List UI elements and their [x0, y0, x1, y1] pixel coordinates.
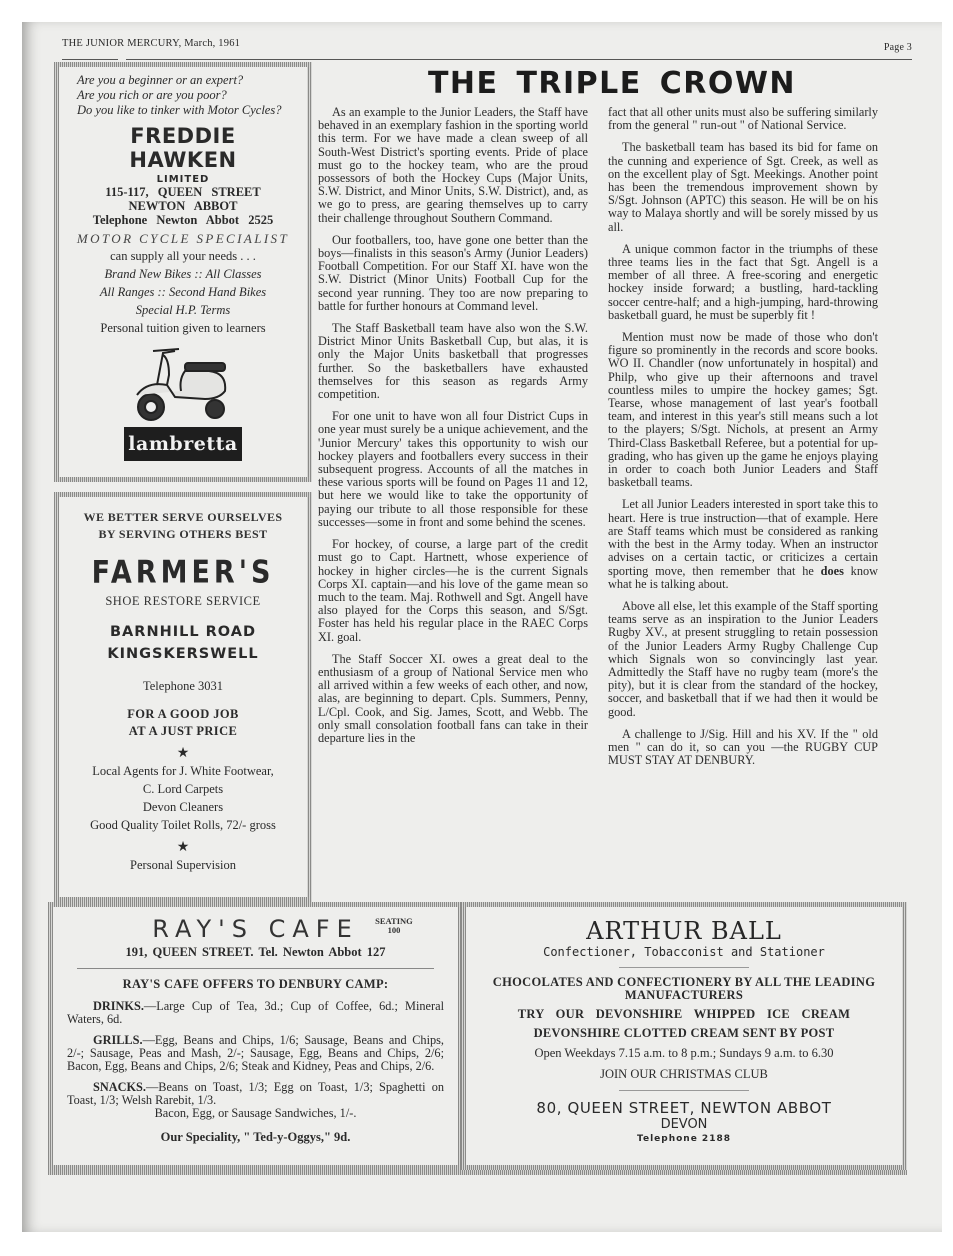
ad-arthur-ball: ARTHUR BALL Confectioner, Tobacconist an…	[461, 902, 907, 1170]
ad-freddie-hawken: Are you a beginner or an expert? Are you…	[54, 62, 312, 482]
speciality-line: Our Speciality, " Ted-y-Oggys," 9d.	[67, 1130, 444, 1145]
article-paragraph: Our footballers, too, have gone one bett…	[318, 234, 588, 313]
article-paragraph: For hockey, of course, a large part of t…	[318, 538, 588, 644]
emphasis: does	[821, 564, 844, 578]
business-name: RAY'S CAFE SEATING100	[152, 915, 359, 943]
address-road: BARNHILL ROAD	[65, 621, 301, 643]
publication-title: THE JUNIOR MERCURY, March, 1961	[62, 38, 240, 49]
divider	[619, 1090, 749, 1091]
scooter-icon	[123, 345, 243, 425]
telephone: Telephone 3031	[65, 679, 301, 694]
seating-badge: SEATING100	[375, 917, 413, 935]
address-county: DEVON	[480, 1117, 888, 1132]
article-headline: THE TRIPLE CROWN	[422, 66, 802, 101]
opening-hours: Open Weekdays 7.15 a.m. to 8 p.m.; Sunda…	[480, 1046, 888, 1061]
motto-line: WE BETTER SERVE OURSELVES	[65, 509, 301, 526]
specialist-tagline: MOTOR CYCLE SPECIALIST	[69, 231, 297, 247]
address-town: NEWTON ABBOT	[69, 199, 297, 213]
newspaper-page: THE JUNIOR MERCURY, March, 1961 Page 3 A…	[22, 22, 942, 1232]
menu-grills: GRILLS.—Egg, Beans and Chips, 1/6; Sausa…	[67, 1034, 444, 1073]
agent-line: Good Quality Toilet Rolls, 72/- gross	[65, 816, 301, 834]
article-paragraph: fact that all other units must also be s…	[608, 106, 878, 132]
article-paragraph: Mention must now be made of those who do…	[608, 331, 878, 489]
business-suffix: LIMITED	[69, 174, 297, 185]
slogan-line: FOR A GOOD JOB	[65, 706, 301, 723]
offer-line: Special H.P. Terms	[69, 301, 297, 319]
business-trade: Confectioner, Tobacconist and Stationer	[480, 945, 888, 959]
offer-line: Brand New Bikes :: All Classes	[69, 265, 297, 283]
article-paragraph: For one unit to have won all four Distri…	[318, 410, 588, 529]
address-line: 115-117, QUEEN STREET	[69, 185, 297, 199]
border-strip	[48, 1170, 907, 1175]
business-name: ARTHUR BALL	[480, 917, 888, 945]
business-name: FARMER'S	[65, 555, 301, 591]
menu-sandwiches: Bacon, Egg, or Sausage Sandwiches, 1/-.	[67, 1107, 444, 1120]
article-paragraph: Let all Junior Leaders interested in spo…	[608, 498, 878, 590]
supervision-line: Personal Supervision	[65, 856, 301, 874]
menu-drinks: DRINKS.—Large Cup of Tea, 3d.; Cup of Co…	[67, 1000, 444, 1026]
address-line: 80, QUEEN STREET, NEWTON ABBOT	[480, 1099, 888, 1117]
article-column-middle: As an example to the Junior Leaders, the…	[318, 106, 588, 754]
address-town: KINGSKERSWELL	[65, 643, 301, 665]
ad-rays-cafe: RAY'S CAFE SEATING100 191, QUEEN STREET.…	[48, 902, 463, 1170]
agent-line: Local Agents for J. White Footwear,	[65, 762, 301, 780]
club-line: JOIN OUR CHRISTMAS CLUB	[480, 1067, 888, 1082]
telephone: Telephone 2188	[480, 1134, 888, 1144]
supply-line: can supply all your needs . . .	[69, 247, 297, 265]
service-name: SHOE RESTORE SERVICE	[65, 594, 301, 609]
article-paragraph: The Staff Basketball team have also won …	[318, 322, 588, 401]
article-column-right: fact that all other units must also be s…	[608, 106, 878, 776]
ad-question: Are you a beginner or an expert?	[69, 73, 297, 88]
article-paragraph: The Staff Soccer XI. owes a great deal t…	[318, 653, 588, 745]
article-paragraph: The basketball team has based its bid fo…	[608, 141, 878, 233]
ad-question: Are you rich or are you poor?	[69, 88, 297, 103]
slogan-line: AT A JUST PRICE	[65, 723, 301, 740]
article-paragraph: A challenge to J/Sig. Hill and his XV. I…	[608, 728, 878, 768]
divider	[77, 968, 434, 969]
motto-line: BY SERVING OTHERS BEST	[65, 526, 301, 543]
menu-snacks: SNACKS.—Beans on Toast, 1/3; Egg on Toas…	[67, 1081, 444, 1107]
offer-line: All Ranges :: Second Hand Bikes	[69, 283, 297, 301]
article-paragraph: A unique common factor in the triumphs o…	[608, 243, 878, 322]
divider	[619, 967, 749, 968]
agent-line: C. Lord Carpets	[65, 780, 301, 798]
header-rule	[62, 59, 912, 60]
lambretta-logo: lambretta	[124, 427, 242, 461]
offer-line: CHOCOLATES AND CONFECTIONERY BY ALL THE …	[480, 976, 888, 1002]
telephone: Telephone Newton Abbot 2525	[69, 213, 297, 227]
address-line: 191, QUEEN STREET. Tel. Newton Abbot 127	[67, 945, 444, 960]
agent-line: Devon Cleaners	[65, 798, 301, 816]
article-paragraph: As an example to the Junior Leaders, the…	[318, 106, 588, 225]
page-number: Page 3	[884, 42, 912, 53]
business-name: FREDDIE HAWKEN	[69, 124, 297, 172]
ad-question: Do you like to tinker with Motor Cycles?	[69, 103, 297, 118]
offers-heading: RAY'S CAFE OFFERS TO DENBURY CAMP:	[67, 977, 444, 992]
running-head: THE JUNIOR MERCURY, March, 1961 Page 3	[62, 36, 912, 56]
star-icon: ★	[65, 840, 301, 856]
offer-line: DEVONSHIRE CLOTTED CREAM SENT BY POST	[480, 1027, 888, 1040]
ad-farmers: WE BETTER SERVE OURSELVES BY SERVING OTH…	[54, 492, 312, 902]
article-paragraph: Above all else, let this example of the …	[608, 600, 878, 719]
tuition-line: Personal tuition given to learners	[69, 319, 297, 337]
star-icon: ★	[65, 746, 301, 762]
offer-line: TRY OUR DEVONSHIRE WHIPPED ICE CREAM	[480, 1008, 888, 1021]
